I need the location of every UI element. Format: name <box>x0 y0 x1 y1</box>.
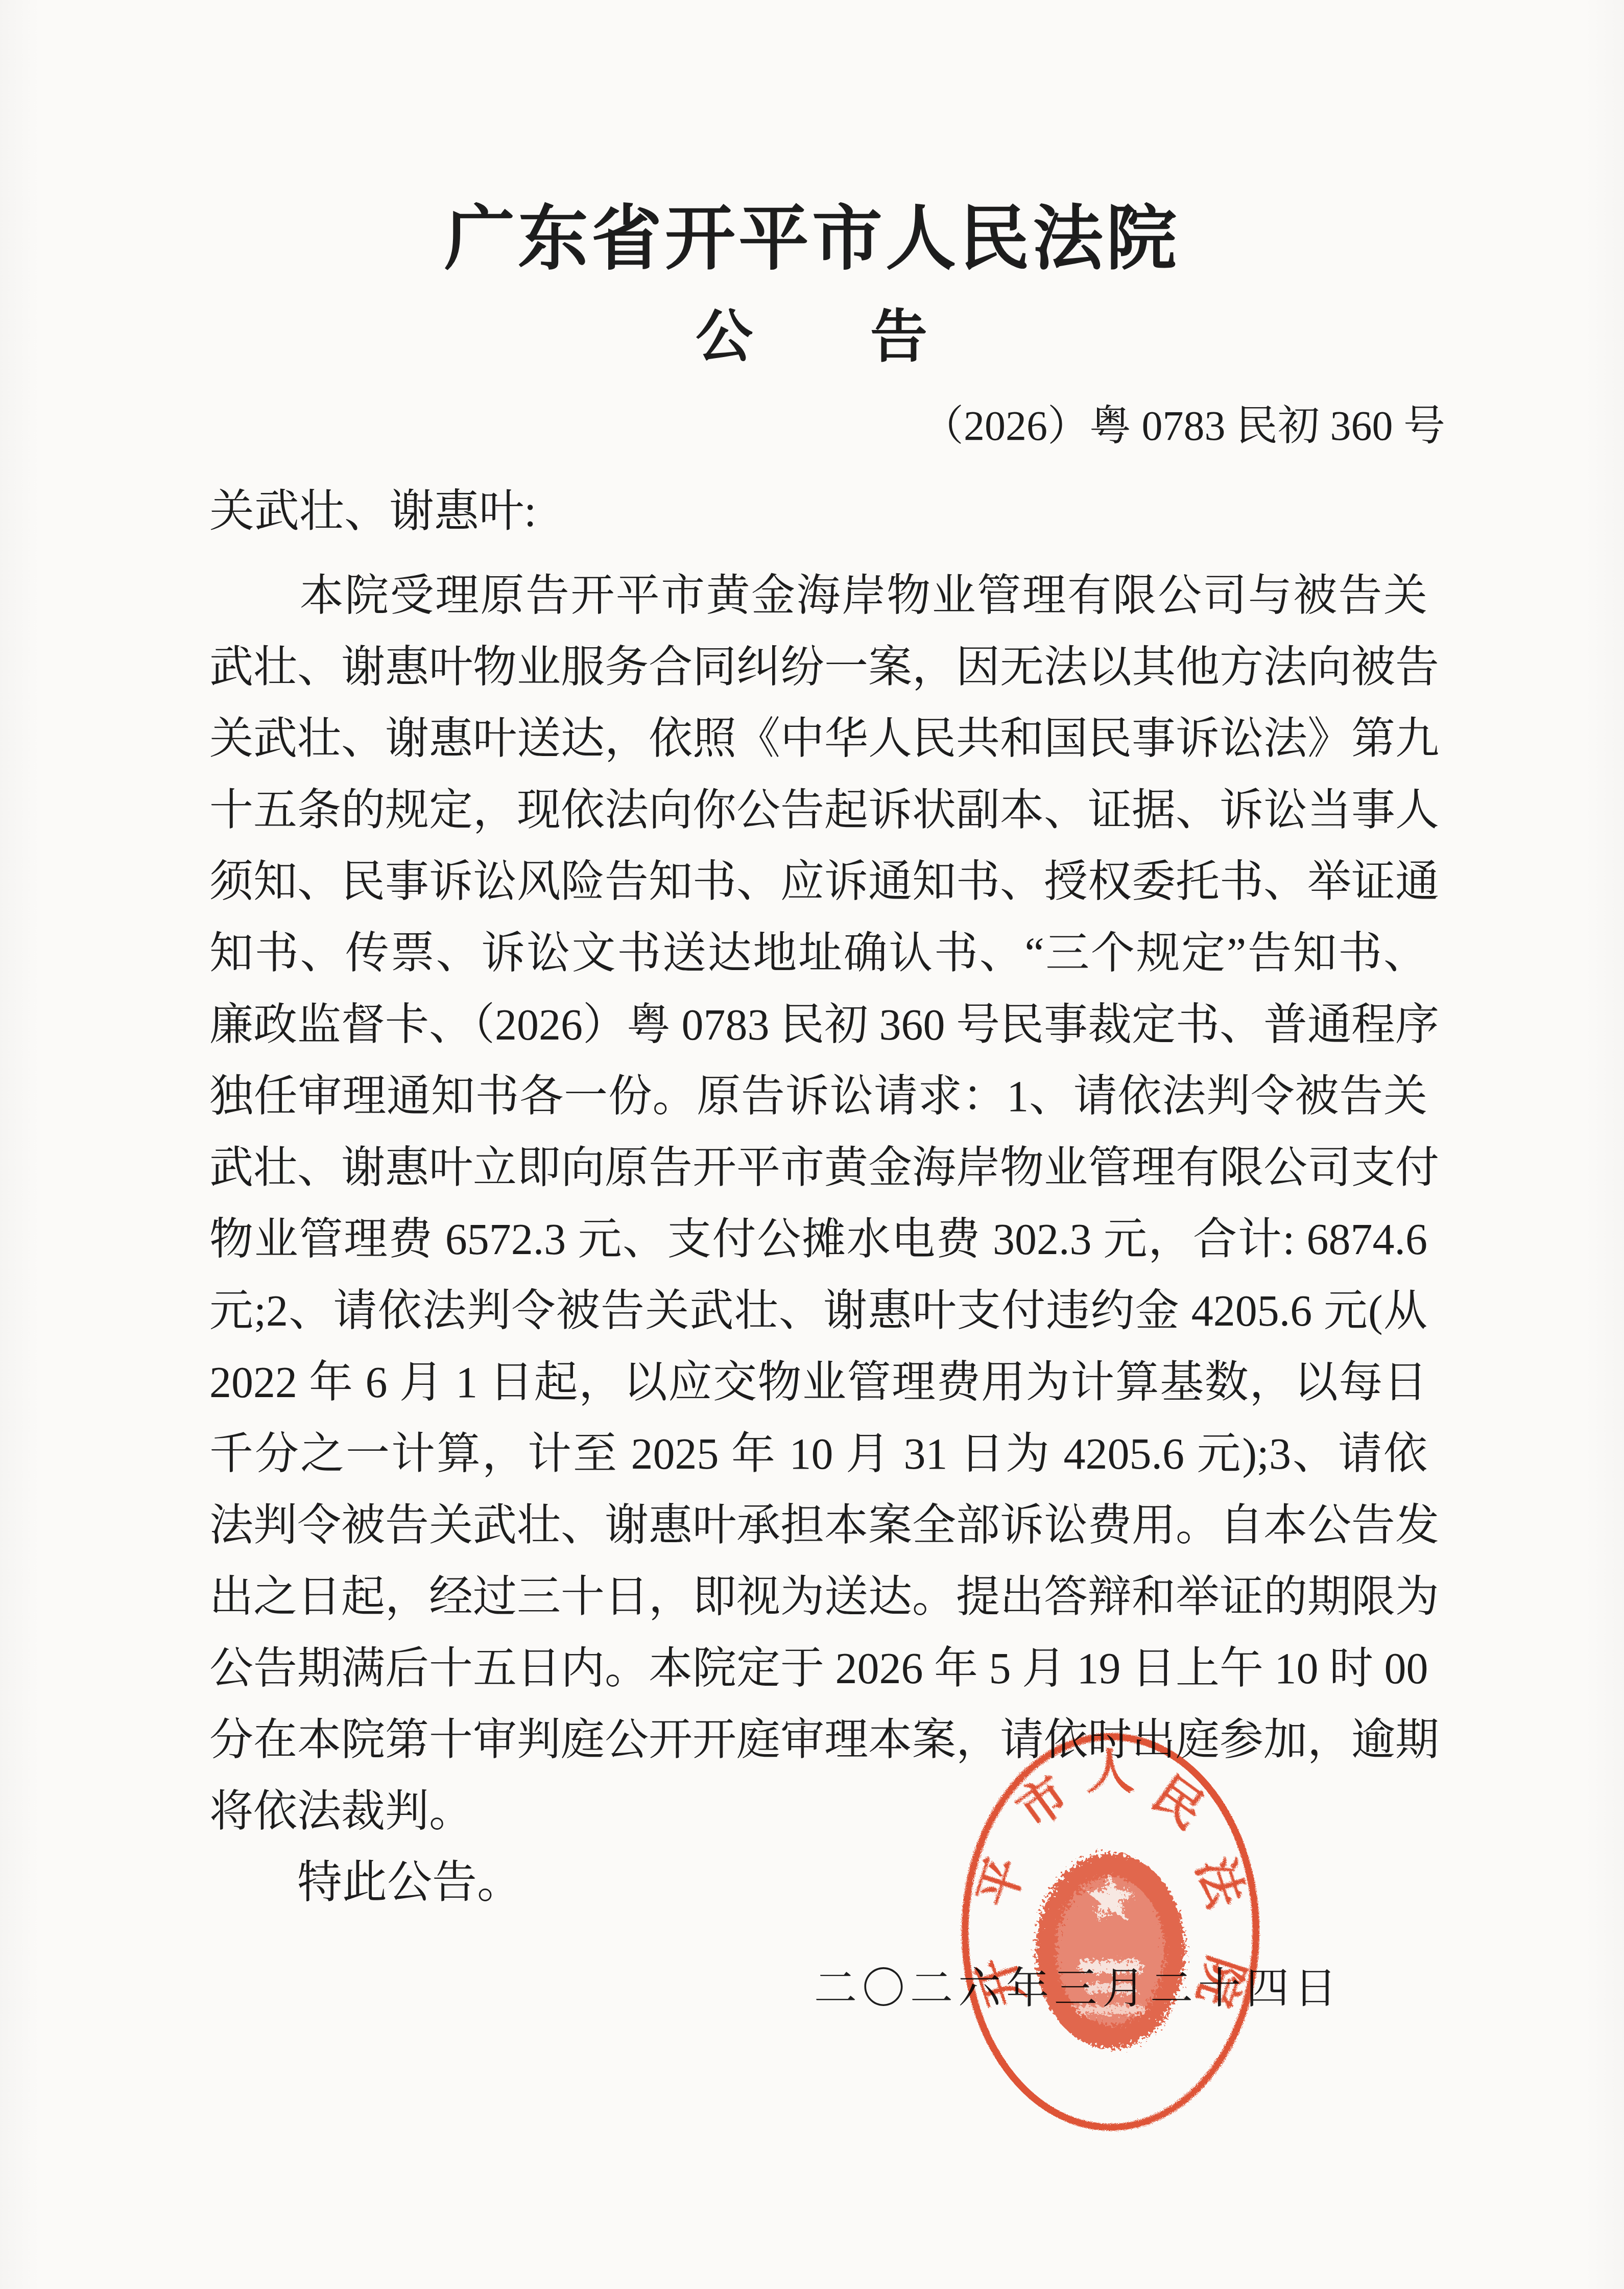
seal-arc-char: 人 <box>1086 1746 1135 1799</box>
body-line: 法判令被告关武壮、谢惠叶承担本案全部诉讼费用。自本公告发 <box>209 1490 1427 1561</box>
body-line: 公告期满后十五日内。本院定于 2026 年 5 月 19 日上午 10 时 00 <box>209 1633 1427 1704</box>
national-emblem <box>1036 1853 1185 2048</box>
court-seal: 开平市人民法院 <box>946 1728 1275 2136</box>
body-line: 武壮、谢惠叶物业服务合同纠纷一案，因无法以其他方法向被告 <box>209 631 1427 703</box>
body-line: 元;2、请依法判令被告关武壮、谢惠叶支付违约金 4205.6 元(从 <box>209 1275 1427 1347</box>
body-line: 出之日起，经过三十日，即视为送达。提出答辩和举证的期限为 <box>209 1561 1427 1633</box>
court-notice-page: 广东省开平市人民法院 公 告 （2026）粤 0783 民初 360 号 关武壮… <box>0 0 1624 2289</box>
page-title: 广东省开平市人民法院 <box>0 0 1624 278</box>
body-line: 十五条的规定，现依法向你公告起诉状副本、证据、诉讼当事人 <box>209 774 1427 846</box>
body-line: 独任审理通知书各一份。原告诉讼请求：1、请依法判令被告关 <box>209 1060 1427 1132</box>
body-line: 物业管理费 6572.3 元、支付公摊水电费 302.3 元，合计: 6874.… <box>209 1204 1427 1275</box>
body-line: 千分之一计算，计至 2025 年 10 月 31 日为 4205.6 元);3、… <box>209 1418 1427 1490</box>
notice-body: 本院受理原告开平市黄金海岸物业管理有限公司与被告关武壮、谢惠叶物业服务合同纠纷一… <box>0 560 1624 1847</box>
case-number: （2026）粤 0783 民初 360 号 <box>0 402 1624 450</box>
body-line: 2022 年 6 月 1 日起，以应交物业管理费用为计算基数，以每日 <box>209 1347 1427 1418</box>
body-line: 廉政监督卡、（2026）粤 0783 民初 360 号民事裁定书、普通程序 <box>209 989 1427 1060</box>
notice-title: 公 告 <box>0 306 1624 369</box>
body-line: 知书、传票、诉讼文书送达地址确认书、“三个规定”告知书、 <box>209 917 1427 989</box>
closing-line: 特此公告。 <box>0 1847 1624 1919</box>
issue-date: 二〇二六年三月二十四日 <box>0 1964 1624 2015</box>
addressee-line: 关武壮、谢惠叶: <box>0 486 1624 537</box>
body-line: 本院受理原告开平市黄金海岸物业管理有限公司与被告关 <box>209 560 1427 631</box>
body-line: 武壮、谢惠叶立即向原告开平市黄金海岸物业管理有限公司支付 <box>209 1132 1427 1204</box>
body-line: 关武壮、谢惠叶送达，依照《中华人民共和国民事诉讼法》第九 <box>209 703 1427 774</box>
body-line: 须知、民事诉讼风险告知书、应诉通知书、授权委托书、举证通 <box>209 846 1427 917</box>
